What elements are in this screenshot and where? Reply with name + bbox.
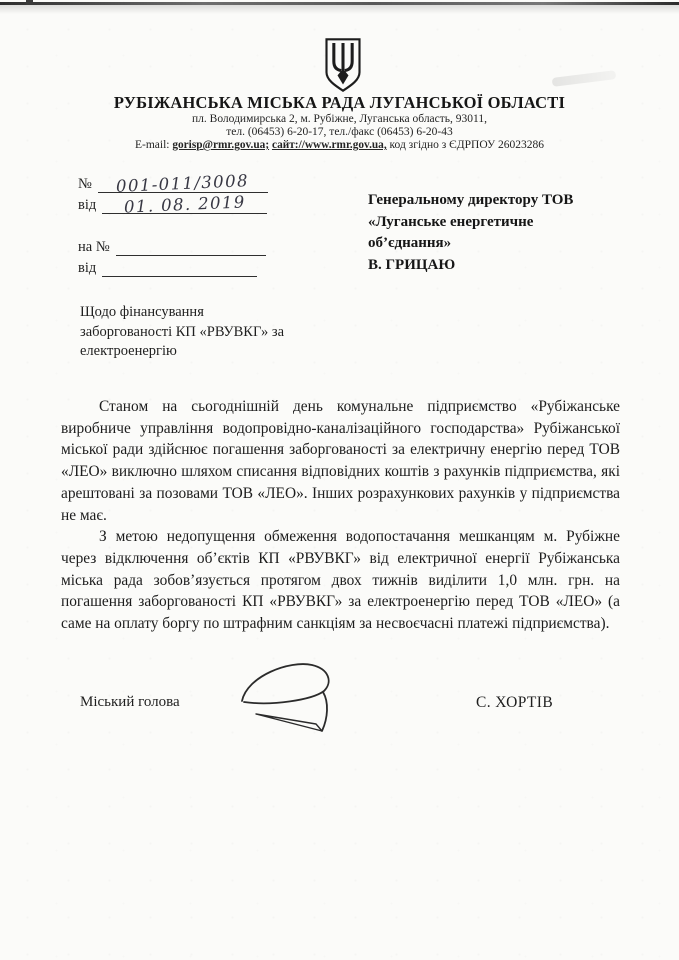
subject-line: Щодо фінансування — [80, 303, 284, 323]
ref-date-label: від — [78, 197, 96, 213]
body-paragraph-1: Станом на сьогоднішній день комунальне п… — [61, 396, 620, 526]
ref-date-row: від01. 08. 2019 — [78, 196, 267, 214]
handwritten-signature-icon — [232, 656, 342, 736]
org-phone-line: тел. (06453) 6-20-17, тел./факс (06453) … — [0, 126, 679, 139]
ref-number-label: № — [78, 176, 92, 192]
reply-number-row: на № — [78, 238, 266, 256]
org-name: РУБІЖАНСЬКА МІСЬКА РАДА ЛУГАНСЬКОЇ ОБЛАС… — [0, 93, 679, 113]
addressee-line: об’єднання» — [368, 233, 573, 255]
edrpou-text: код згідно з ЄДРПОУ 26023286 — [390, 139, 544, 151]
subject-line: електроенергію — [80, 342, 284, 362]
email-label: E-mail: — [135, 139, 170, 151]
reply-number-line — [116, 238, 266, 256]
addressee-name: В. ГРИЦАЮ — [368, 255, 573, 277]
addressee-line: «Луганське енергетичне — [368, 212, 573, 234]
ref-date-handwritten: 01. 08. 2019 — [124, 192, 246, 216]
ref-date-line: 01. 08. 2019 — [102, 196, 267, 214]
subject-line: заборгованості КП «РВУВКГ» за — [80, 323, 284, 343]
reply-date-row: від — [78, 259, 257, 277]
org-address-line: пл. Володимирська 2, м. Рубіжне, Лугансь… — [0, 113, 679, 126]
reply-date-label: від — [78, 260, 96, 276]
ukraine-trident-emblem-icon — [321, 36, 365, 94]
signer-name: С. ХОРТІВ — [476, 694, 553, 712]
body-paragraph-2: З метою недопущення обмеження водопостач… — [61, 526, 620, 635]
scan-artifact-smudge — [552, 70, 617, 87]
signer-title: Міський голова — [80, 694, 180, 711]
org-contact-line: E-mail: gorisp@rmr.gov.ua; сайт://www.rm… — [0, 139, 679, 152]
site-link: сайт://www.rmr.gov.ua, — [272, 139, 387, 151]
reply-number-label: на № — [78, 239, 110, 255]
scanned-letter-page: РУБІЖАНСЬКА МІСЬКА РАДА ЛУГАНСЬКОЇ ОБЛАС… — [0, 0, 679, 960]
addressee-block: Генеральному директору ТОВ «Луганське ен… — [368, 190, 573, 276]
letter-body: Станом на сьогоднішній день комунальне п… — [61, 396, 620, 635]
scan-artifact-corner-notch — [26, 0, 33, 5]
ref-number-row: №001-011/3008 — [78, 175, 268, 193]
subject-block: Щодо фінансування заборгованості КП «РВУ… — [80, 303, 284, 362]
email-link: gorisp@rmr.gov.ua; — [172, 139, 269, 151]
scan-artifact-top-shadow — [0, 5, 679, 14]
ref-number-line: 001-011/3008 — [98, 175, 268, 193]
addressee-line: Генеральному директору ТОВ — [368, 190, 573, 212]
reply-date-line — [102, 259, 257, 277]
